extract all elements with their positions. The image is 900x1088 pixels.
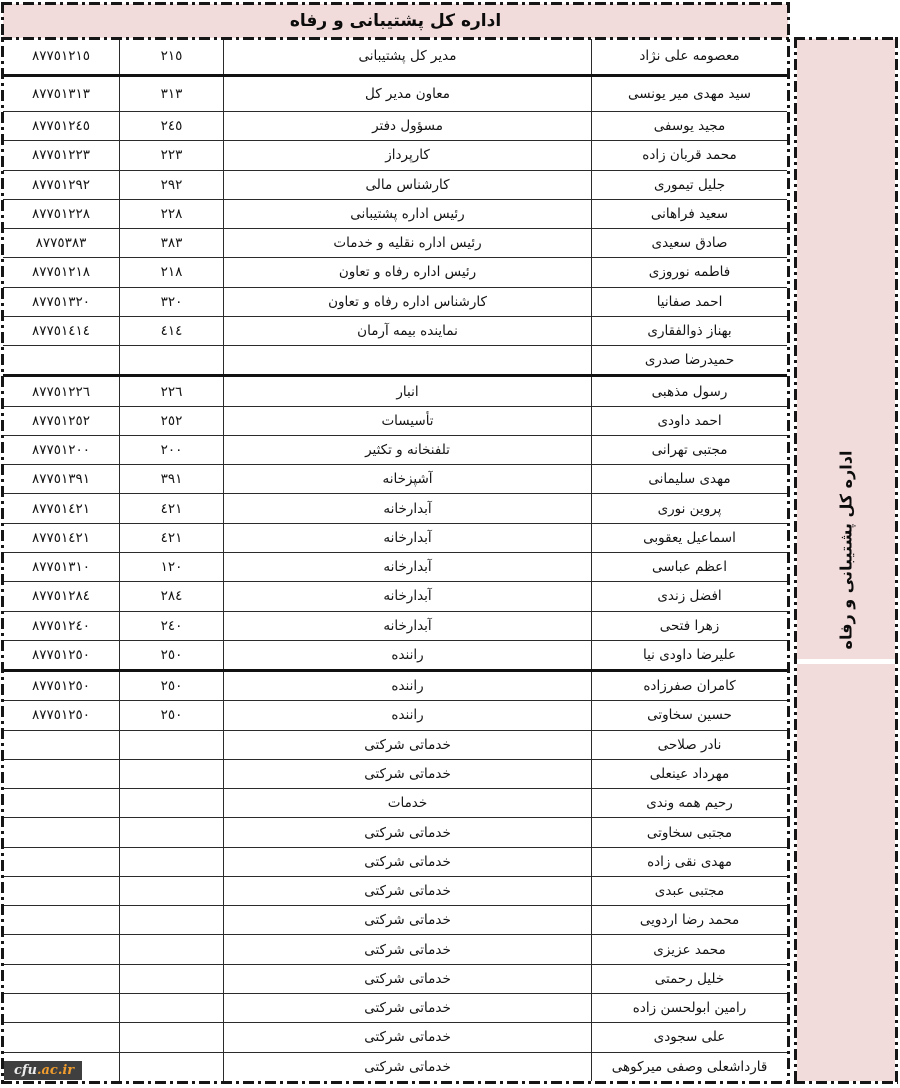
- job-title-cell: تأسیسات: [224, 407, 592, 435]
- extension-cell: ٢٢٣: [120, 141, 224, 169]
- person-name-cell: مجتبی عبدی: [592, 877, 787, 905]
- person-name-cell: جلیل تیموری: [592, 171, 787, 199]
- job-title-cell: رئیس اداره نقلیه و خدمات: [224, 229, 592, 257]
- phone-number-cell: [3, 994, 120, 1022]
- phone-number-cell: ٨٧٧٥١٢٢٦: [3, 377, 120, 405]
- person-name-cell: مجتبی سخاوتی: [592, 818, 787, 846]
- person-name-cell: افضل زندی: [592, 582, 787, 610]
- extension-cell: ٢٨٤: [120, 582, 224, 610]
- job-title-cell: آبدارخانه: [224, 582, 592, 610]
- job-title-cell: کارشناس مالی: [224, 171, 592, 199]
- sidebar-top-border: [794, 37, 898, 40]
- table-left-border: [1, 2, 4, 1084]
- table-right-border: [787, 2, 790, 1084]
- extension-cell: ٢١٥: [120, 39, 224, 74]
- job-title-cell: رئیس اداره رفاه و تعاون: [224, 258, 592, 286]
- watermark-site-text: cfu: [14, 1063, 37, 1078]
- phone-number-cell: [3, 346, 120, 374]
- phone-number-cell: [3, 965, 120, 993]
- phone-number-cell: [3, 848, 120, 876]
- extension-cell: [120, 346, 224, 374]
- table-row: ٨٧٧٥١٢٩٢ ٢٩٢ کارشناس مالی جلیل تیموری: [3, 171, 787, 200]
- phone-number-cell: ٨٧٧٥١٣٢٠: [3, 288, 120, 316]
- person-name-cell: علی سجودی: [592, 1023, 787, 1051]
- job-title-cell: خدماتی شرکتی: [224, 1053, 592, 1081]
- scanned-directory-page: اداره کل پشتیبانی و رفاه ٨٧٧٥١٢١٥ ٢١٥ مد…: [0, 0, 900, 1088]
- job-title-cell: خدماتی شرکتی: [224, 848, 592, 876]
- table-row: ٨٧٧٥١٢١٥ ٢١٥ مدیر کل پشتیبانی معصومه علی…: [3, 39, 787, 77]
- table-row: ٨٧٧٥١٣١٣ ٣١٣ معاون مدیر کل سید مهدی میر …: [3, 77, 787, 113]
- job-title-cell: انبار: [224, 377, 592, 405]
- phone-number-cell: ٨٧٧٥١٤١٤: [3, 317, 120, 345]
- sidebar-bottom-border: [794, 1081, 898, 1084]
- table-row: ٨٧٧٥١٣٩١ ٣٩١ آشپزخانه مهدی سلیمانی: [3, 465, 787, 494]
- job-title-cell: تلفنخانه و تکثیر: [224, 436, 592, 464]
- person-name-cell: فاطمه نوروزی: [592, 258, 787, 286]
- job-title-cell: خدماتی شرکتی: [224, 1023, 592, 1051]
- extension-cell: ٢١٨: [120, 258, 224, 286]
- extension-cell: [120, 906, 224, 934]
- job-title-cell: [224, 346, 592, 374]
- phone-number-cell: ٨٧٧٥١٢٠٠: [3, 436, 120, 464]
- person-name-cell: محمد رضا اردویی: [592, 906, 787, 934]
- extension-cell: ٢٩٢: [120, 171, 224, 199]
- extension-cell: [120, 935, 224, 963]
- person-name-cell: مجید یوسفی: [592, 112, 787, 140]
- job-title-cell: خدماتی شرکتی: [224, 731, 592, 759]
- table-row: ٨٧٧٥١٢٥٢ ٢٥٢ تأسیسات احمد داودی: [3, 407, 787, 436]
- job-title-cell: کارپرداز: [224, 141, 592, 169]
- job-title-cell: رئیس اداره پشتیبانی: [224, 200, 592, 228]
- phone-number-cell: [3, 789, 120, 817]
- table-row: ٨٧٧٥١٣١٠ ١٢٠ آبدارخانه اعظم عباسی: [3, 553, 787, 582]
- person-name-cell: رحیم همه وندی: [592, 789, 787, 817]
- phone-number-cell: [3, 935, 120, 963]
- table-bottom-border: [1, 1081, 790, 1084]
- table-row: ٨٧٧٥١٢٥٠ ٢٥٠ راننده کامران صفرزاده: [3, 672, 787, 701]
- table-row: خدماتی شرکتی نادر صلاحی: [3, 731, 787, 760]
- table-row: ٨٧٧٥٣٨٣ ٣٨٣ رئیس اداره نقلیه و خدمات صاد…: [3, 229, 787, 258]
- extension-cell: [120, 789, 224, 817]
- table-row: ٨٧٧٥١٤٢١ ٤٢١ آبدارخانه اسماعیل یعقوبی: [3, 524, 787, 553]
- extension-cell: ٤١٤: [120, 317, 224, 345]
- department-header-band: اداره کل پشتیبانی و رفاه: [3, 4, 788, 38]
- person-name-cell: اعظم عباسی: [592, 553, 787, 581]
- extension-cell: ٢٢٦: [120, 377, 224, 405]
- table-row: خدماتی شرکتی قارداشعلی وصفی میرکوهی: [3, 1053, 787, 1081]
- person-name-cell: مهدی سلیمانی: [592, 465, 787, 493]
- person-name-cell: نادر صلاحی: [592, 731, 787, 759]
- table-row: خدماتی شرکتی محمد عزیزی: [3, 935, 787, 964]
- extension-cell: [120, 760, 224, 788]
- person-name-cell: سید مهدی میر یونسی: [592, 77, 787, 112]
- header-bottom-border: [1, 37, 790, 40]
- job-title-cell: راننده: [224, 641, 592, 669]
- table-row: خدماتی شرکتی مهدی نقی زاده: [3, 848, 787, 877]
- job-title-cell: خدماتی شرکتی: [224, 818, 592, 846]
- extension-cell: [120, 877, 224, 905]
- table-row: خدماتی شرکتی محمد رضا اردویی: [3, 906, 787, 935]
- extension-cell: [120, 994, 224, 1022]
- phone-number-cell: ٨٧٧٥١٣١٣: [3, 77, 120, 112]
- phone-number-cell: ٨٧٧٥١٣١٠: [3, 553, 120, 581]
- person-name-cell: حسین سخاوتی: [592, 701, 787, 729]
- table-row: ٨٧٧٥١٢١٨ ٢١٨ رئیس اداره رفاه و تعاون فاط…: [3, 258, 787, 287]
- extension-cell: ٢٥٢: [120, 407, 224, 435]
- phone-number-cell: ٨٧٧٥١٤٢١: [3, 494, 120, 522]
- extension-cell: [120, 731, 224, 759]
- sidebar-left-border: [794, 37, 797, 1084]
- job-title-cell: خدماتی شرکتی: [224, 965, 592, 993]
- table-row: ٨٧٧٥١٣٢٠ ٣٢٠ کارشناس اداره رفاه و تعاون …: [3, 288, 787, 317]
- extension-cell: ٢٤٥: [120, 112, 224, 140]
- phone-number-cell: ٨٧٧٥١٢٥٠: [3, 641, 120, 669]
- phone-number-cell: ٨٧٧٥١٢٨٤: [3, 582, 120, 610]
- extension-cell: ٤٢١: [120, 524, 224, 552]
- job-title-cell: خدماتی شرکتی: [224, 760, 592, 788]
- extension-cell: ٣٩١: [120, 465, 224, 493]
- extension-cell: ٢٢٨: [120, 200, 224, 228]
- job-title-cell: خدماتی شرکتی: [224, 935, 592, 963]
- person-name-cell: حمیدرضا صدری: [592, 346, 787, 374]
- person-name-cell: صادق سعیدی: [592, 229, 787, 257]
- phone-number-cell: [3, 731, 120, 759]
- extension-cell: ٢٥٠: [120, 672, 224, 700]
- table-row: ٨٧٧٥١٢٨٤ ٢٨٤ آبدارخانه افضل زندی: [3, 582, 787, 611]
- person-name-cell: احمد داودی: [592, 407, 787, 435]
- job-title-cell: آبدارخانه: [224, 553, 592, 581]
- person-name-cell: کامران صفرزاده: [592, 672, 787, 700]
- person-name-cell: خلیل رحمتی: [592, 965, 787, 993]
- table-row: خدماتی شرکتی مهرداد عینعلی: [3, 760, 787, 789]
- sidebar-vertical-title: اداره کل پشتیبانی و رفاه: [837, 451, 856, 650]
- extension-cell: [120, 1023, 224, 1051]
- phone-number-cell: [3, 760, 120, 788]
- phone-directory-table: ٨٧٧٥١٢١٥ ٢١٥ مدیر کل پشتیبانی معصومه علی…: [3, 39, 787, 1081]
- header-top-border: [1, 2, 790, 5]
- extension-cell: ٣١٣: [120, 77, 224, 112]
- table-row: ٨٧٧٥١٢٤٠ ٢٤٠ آبدارخانه زهرا فتحی: [3, 612, 787, 641]
- table-row: ٨٧٧٥١٢٠٠ ٢٠٠ تلفنخانه و تکثیر مجتبی تهرا…: [3, 436, 787, 465]
- phone-number-cell: [3, 818, 120, 846]
- extension-cell: ٣٨٣: [120, 229, 224, 257]
- job-title-cell: خدماتی شرکتی: [224, 906, 592, 934]
- job-title-cell: خدماتی شرکتی: [224, 994, 592, 1022]
- person-name-cell: مهدی نقی زاده: [592, 848, 787, 876]
- job-title-cell: آشپزخانه: [224, 465, 592, 493]
- job-title-cell: معاون مدیر کل: [224, 77, 592, 112]
- sidebar-right-border: [895, 37, 898, 1084]
- table-row: خدماتی شرکتی رامین ابولحسن زاده: [3, 994, 787, 1023]
- phone-number-cell: ٨٧٧٥١٢٥٢: [3, 407, 120, 435]
- job-title-cell: راننده: [224, 701, 592, 729]
- extension-cell: ٢٥٠: [120, 701, 224, 729]
- sidebar-band-lower: [797, 664, 895, 1081]
- person-name-cell: رامین ابولحسن زاده: [592, 994, 787, 1022]
- table-row: ٨٧٧٥١٢٤٥ ٢٤٥ مسؤول دفتر مجید یوسفی: [3, 112, 787, 141]
- table-row: خدماتی شرکتی مجتبی سخاوتی: [3, 818, 787, 847]
- job-title-cell: مدیر کل پشتیبانی: [224, 39, 592, 74]
- watermark-domain-text: .ac.ir: [37, 1063, 74, 1078]
- table-row: ٨٧٧٥١٢٢٦ ٢٢٦ انبار رسول مذهبی: [3, 377, 787, 406]
- job-title-cell: کارشناس اداره رفاه و تعاون: [224, 288, 592, 316]
- page-title: اداره کل پشتیبانی و رفاه: [290, 11, 501, 31]
- phone-number-cell: ٨٧٧٥١٢٤٠: [3, 612, 120, 640]
- table-row: ٨٧٧٥١٢٥٠ ٢٥٠ راننده علیرضا داودی نیا: [3, 641, 787, 672]
- extension-cell: ٣٢٠: [120, 288, 224, 316]
- extension-cell: [120, 965, 224, 993]
- person-name-cell: محمد عزیزی: [592, 935, 787, 963]
- phone-number-cell: ٨٧٧٥١٣٩١: [3, 465, 120, 493]
- job-title-cell: خدماتی شرکتی: [224, 877, 592, 905]
- job-title-cell: نماینده بیمه آرمان: [224, 317, 592, 345]
- person-name-cell: بهناز ذوالفقاری: [592, 317, 787, 345]
- person-name-cell: مجتبی تهرانی: [592, 436, 787, 464]
- person-name-cell: احمد صفانیا: [592, 288, 787, 316]
- table-row: خدماتی شرکتی خلیل رحمتی: [3, 965, 787, 994]
- table-row: خدماتی شرکتی مجتبی عبدی: [3, 877, 787, 906]
- person-name-cell: قارداشعلی وصفی میرکوهی: [592, 1053, 787, 1081]
- table-row: خدمات رحیم همه وندی: [3, 789, 787, 818]
- phone-number-cell: [3, 1023, 120, 1051]
- extension-cell: ٢٥٠: [120, 641, 224, 669]
- table-row: ٨٧٧٥١٤٢١ ٤٢١ آبدارخانه پروین نوری: [3, 494, 787, 523]
- table-row: ٨٧٧٥١٢٥٠ ٢٥٠ راننده حسین سخاوتی: [3, 701, 787, 730]
- person-name-cell: علیرضا داودی نیا: [592, 641, 787, 669]
- phone-number-cell: ٨٧٧٥١٢٥٠: [3, 701, 120, 729]
- table-row: ٨٧٧٥١٢٢٣ ٢٢٣ کارپرداز محمد قربان زاده: [3, 141, 787, 170]
- job-title-cell: آبدارخانه: [224, 524, 592, 552]
- extension-cell: [120, 1053, 224, 1081]
- extension-cell: ٢٤٠: [120, 612, 224, 640]
- job-title-cell: آبدارخانه: [224, 494, 592, 522]
- person-name-cell: اسماعیل یعقوبی: [592, 524, 787, 552]
- person-name-cell: رسول مذهبی: [592, 377, 787, 405]
- person-name-cell: سعید فراهانی: [592, 200, 787, 228]
- person-name-cell: پروین نوری: [592, 494, 787, 522]
- phone-number-cell: ٨٧٧٥١٤٢١: [3, 524, 120, 552]
- phone-number-cell: [3, 877, 120, 905]
- phone-number-cell: ٨٧٧٥١٢٢٨: [3, 200, 120, 228]
- table-row: حمیدرضا صدری: [3, 346, 787, 377]
- extension-cell: ٤٢١: [120, 494, 224, 522]
- job-title-cell: راننده: [224, 672, 592, 700]
- job-title-cell: خدمات: [224, 789, 592, 817]
- extension-cell: ٢٠٠: [120, 436, 224, 464]
- job-title-cell: آبدارخانه: [224, 612, 592, 640]
- phone-number-cell: ٨٧٧٥١٢٩٢: [3, 171, 120, 199]
- phone-number-cell: ٨٧٧٥١٢١٥: [3, 39, 120, 74]
- phone-number-cell: ٨٧٧٥١٢٥٠: [3, 672, 120, 700]
- person-name-cell: معصومه علی نژاد: [592, 39, 787, 74]
- person-name-cell: محمد قربان زاده: [592, 141, 787, 169]
- phone-number-cell: ٨٧٧٥٣٨٣: [3, 229, 120, 257]
- job-title-cell: مسؤول دفتر: [224, 112, 592, 140]
- site-watermark: cfu.ac.ir: [4, 1061, 82, 1080]
- phone-number-cell: ٨٧٧٥١٢١٨: [3, 258, 120, 286]
- extension-cell: ١٢٠: [120, 553, 224, 581]
- table-row: ٨٧٧٥١٢٢٨ ٢٢٨ رئیس اداره پشتیبانی سعید فر…: [3, 200, 787, 229]
- phone-number-cell: [3, 906, 120, 934]
- phone-number-cell: ٨٧٧٥١٢٢٣: [3, 141, 120, 169]
- table-row: خدماتی شرکتی علی سجودی: [3, 1023, 787, 1052]
- person-name-cell: زهرا فتحی: [592, 612, 787, 640]
- extension-cell: [120, 818, 224, 846]
- phone-number-cell: ٨٧٧٥١٢٤٥: [3, 112, 120, 140]
- person-name-cell: مهرداد عینعلی: [592, 760, 787, 788]
- extension-cell: [120, 848, 224, 876]
- table-row: ٨٧٧٥١٤١٤ ٤١٤ نماینده بیمه آرمان بهناز ذو…: [3, 317, 787, 346]
